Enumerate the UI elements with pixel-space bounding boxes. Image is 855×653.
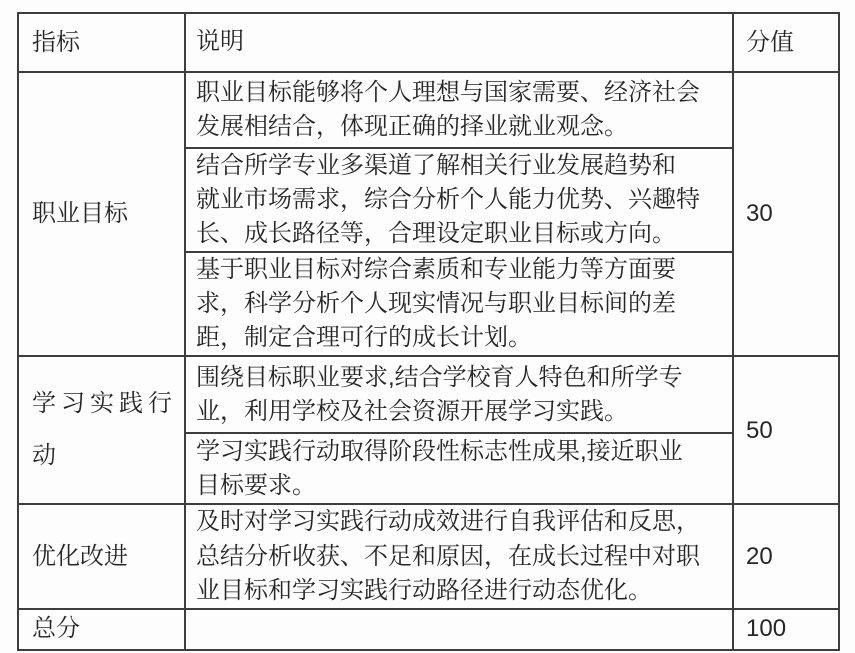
header-description: 说明 [185,13,733,72]
page: 指标 说明 分值 职业目标 职业目标能够将个人理想与国家需要、经济社会 发展相结… [0,0,855,651]
total-label: 总分 [18,609,185,650]
description-cell: 围绕目标职业要求,结合学校育人特色和所学专 业，利用学校及社会资源开展学习实践。 [185,356,733,433]
indicator-optimization: 优化改进 [18,504,185,608]
table-row: 优化改进 及时对学习实践行动成效进行自我评估和反思， 总结分析收获、不足和原因，… [18,504,839,608]
indicator-learning-practice: 学习实践行动 [18,356,185,504]
score-career-goal: 30 [733,72,839,356]
total-score: 100 [733,609,839,650]
header-score: 分值 [733,13,839,72]
table-row: 学习实践行动 围绕目标职业要求,结合学校育人特色和所学专 业，利用学校及社会资源… [18,356,839,433]
header-row: 指标 说明 分值 [18,13,839,72]
table-row: 职业目标 职业目标能够将个人理想与国家需要、经济社会 发展相结合，体现正确的择业… [18,72,839,148]
description-cell: 职业目标能够将个人理想与国家需要、经济社会 发展相结合，体现正确的择业就业观念。 [185,72,733,148]
description-cell: 学习实践行动取得阶段性标志性成果,接近职业 目标要求。 [185,433,733,504]
score-learning-practice: 50 [733,356,839,504]
description-cell: 基于职业目标对综合素质和专业能力等方面要 求，科学分析个人现实情况与职业目标间的… [185,252,733,356]
header-indicator: 指标 [18,13,185,72]
scoring-rubric-table: 指标 说明 分值 职业目标 职业目标能够将个人理想与国家需要、经济社会 发展相结… [17,12,840,651]
description-cell: 结合所学专业多渠道了解相关行业发展趋势和 就业市场需求，综合分析个人能力优势、兴… [185,148,733,252]
score-optimization: 20 [733,504,839,608]
total-description-empty [185,609,733,650]
indicator-career-goal: 职业目标 [18,72,185,356]
description-cell: 及时对学习实践行动成效进行自我评估和反思， 总结分析收获、不足和原因，在成长过程… [185,504,733,608]
total-row: 总分 100 [18,609,839,650]
